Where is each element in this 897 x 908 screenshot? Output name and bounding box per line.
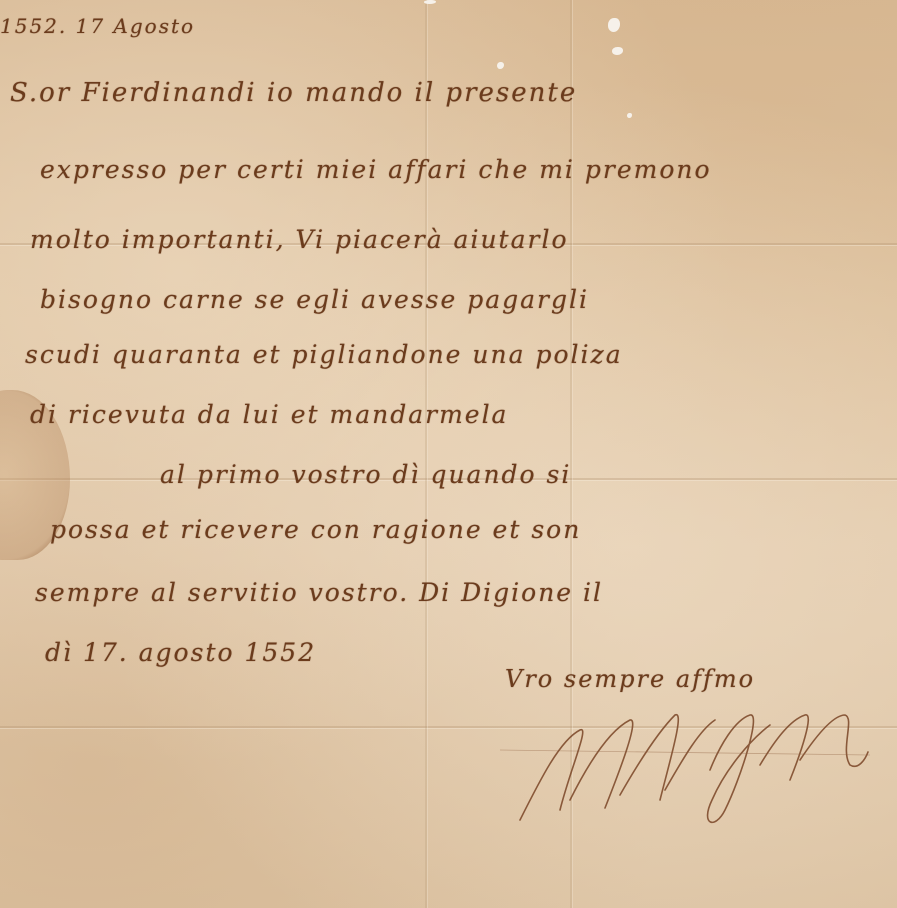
body-line: al primo vostro dì quando si (160, 460, 571, 489)
letter-salutation: S.or Fierdinandi io mando il presente (10, 78, 577, 108)
body-line: bisogno carne se egli avesse pagargli (40, 285, 589, 314)
body-line: possa et ricevere con ragione et son (50, 515, 581, 544)
paper-damage (497, 62, 504, 69)
body-line: expresso per certi miei affari che mi pr… (40, 155, 712, 184)
body-line: di ricevuta da lui et mandarmela (30, 400, 508, 429)
body-line: sempre al servitio vostro. Di Digione il (35, 578, 603, 607)
body-line: molto importanti, Vi piacerà aiutarlo (30, 225, 569, 254)
letter-date: 1552. 17 Agosto (0, 14, 195, 38)
letter-sheet: 1552. 17 Agosto S.or Fierdinandi io mand… (0, 0, 897, 908)
paper-damage (612, 47, 623, 55)
paper-damage (608, 18, 620, 32)
paper-damage (627, 113, 632, 118)
body-line: dì 17. agosto 1552 (45, 638, 316, 667)
body-line: scudi quaranta et pigliandone una poliza (25, 340, 623, 369)
fold-crease (425, 0, 427, 908)
signature-flourish (500, 690, 870, 830)
paper-damage (424, 0, 436, 4)
letter-closing: Vro sempre affmo (505, 665, 755, 693)
